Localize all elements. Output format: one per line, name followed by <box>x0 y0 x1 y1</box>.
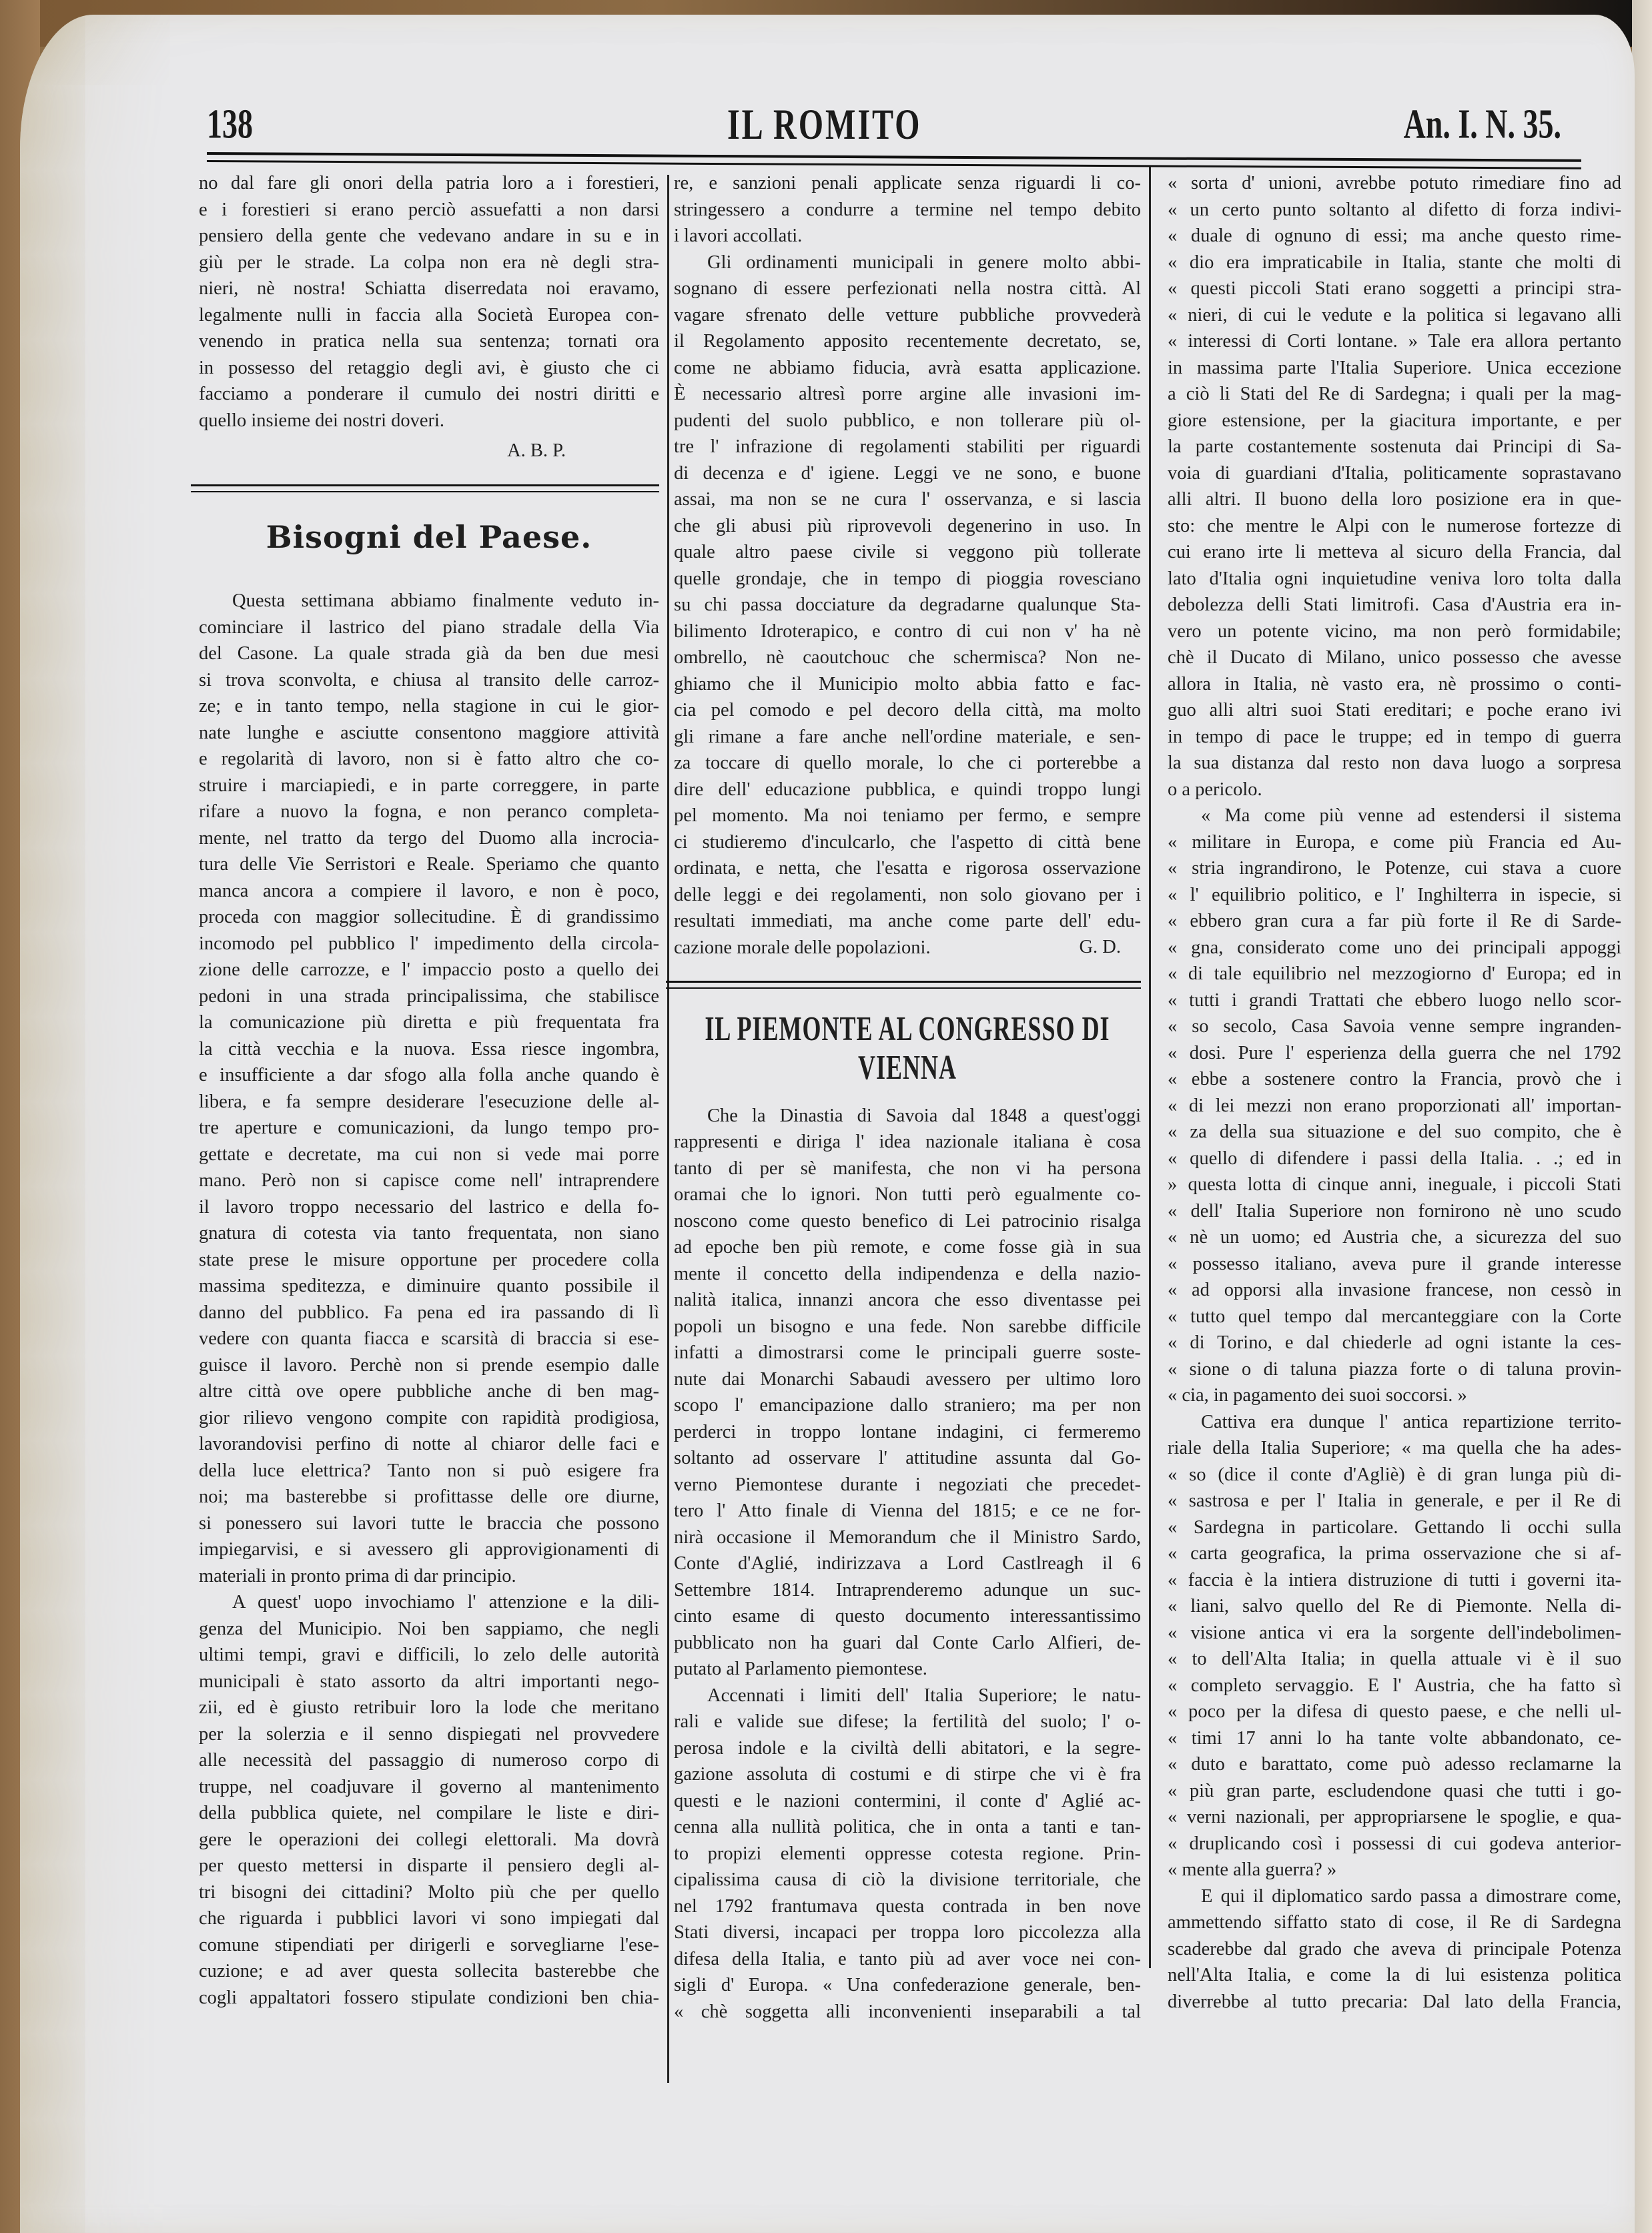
text-line: comune stipendiati per dirigerli e sorve… <box>199 1932 659 1959</box>
column-right: « sorta d' unioni, avrebbe potuto rimedi… <box>1168 170 1621 2015</box>
text-line: to propizi elementi oppresse cotesta reg… <box>674 1841 1141 1867</box>
text-line: state prese le misure opportune per proc… <box>199 1247 659 1274</box>
text-line: per questo mettersi in disparte il pensi… <box>199 1853 659 1879</box>
article-body-paragraph-2: A quest' uopo invochiamo l' attenzione e… <box>199 1589 659 2011</box>
text-line: ghiamo che il Municipio molto abbia fatt… <box>674 671 1141 698</box>
text-line: assai, ma non se ne cura l' osservanza, … <box>674 486 1141 513</box>
text-line: la comunicazione più diretta e più frequ… <box>199 1009 659 1036</box>
text-line: danno del pubblico. Fa pena ed ira passa… <box>199 1300 659 1326</box>
text-line: vagare sfrenato delle vetture pubbliche … <box>674 302 1141 329</box>
text-line: dire dell' educazione pubblica, e quindi… <box>674 777 1141 803</box>
text-line: Stati diversi, incapaci per troppa loro … <box>674 1919 1141 1946</box>
text-line: incomodo pel pubblico l' impedimento del… <box>199 931 659 957</box>
masthead-title: IL ROMITO <box>727 100 922 149</box>
text-line: quello insieme dei nostri doveri. <box>199 408 659 434</box>
text-line: resultati immediati, ma anche come parte… <box>674 908 1141 935</box>
text-line: Gli ordinamenti municipali in genere mol… <box>674 250 1141 276</box>
text-line: gazione assoluta di costumi e di stirpe … <box>674 1761 1141 1788</box>
text-line: tri bisogni dei cittadini? Molto più che… <box>199 1879 659 1906</box>
paragraph-4: E qui il diplomatico sardo passa a dimos… <box>1168 1883 1621 2016</box>
text-line: proceda con maggior sollecitudine. È di … <box>199 904 659 931</box>
text-line: ze; e in tanto tempo, nella stagione in … <box>199 693 659 720</box>
text-line: in possesso del retaggio degli avi, è gi… <box>199 355 659 382</box>
text-line: « ebbe a sostenere contro la Francia, pr… <box>1168 1066 1621 1093</box>
text-line: pubblicato non ha guari dal Conte Carlo … <box>674 1630 1141 1657</box>
text-line: « l' equilibrio politico, e l' Inghilter… <box>1168 882 1621 909</box>
text-line: voia di guardiani d'Italia, politicament… <box>1168 460 1621 487</box>
text-line: oramai che lo ignori. Non tutti però egu… <box>674 1182 1141 1208</box>
text-line: gli rimane a fare anche nell'ordine mate… <box>674 724 1141 751</box>
text-line: massima speditezza, e diminuire quanto p… <box>199 1273 659 1300</box>
text-line: scaderebbe dal grado che aveva di princi… <box>1168 1936 1621 1963</box>
text-line: legalmente nulli in faccia alla Società … <box>199 302 659 329</box>
text-line: diverrebbe al tutto precaria: Dal lato d… <box>1168 1989 1621 2016</box>
text-line: della pubblica quiete, nel compilare le … <box>199 1800 659 1827</box>
text-line: nieri, nè nostra! Schiatta diserredata n… <box>199 276 659 302</box>
text-line: mente il concetto della indipendenza e d… <box>674 1261 1141 1288</box>
text-line: « possesso italiano, aveva pure il grand… <box>1168 1251 1621 1278</box>
text-line: zii, ed è giusto retribuir loro la lode … <box>199 1695 659 1721</box>
text-line: del Casone. La quale strada già da ben d… <box>199 640 659 667</box>
column-divider-1 <box>667 175 669 2083</box>
text-line: guo alli altri suoi Stati ereditari; e p… <box>1168 697 1621 724</box>
text-line: tre aperture e comunicazioni, da lungo t… <box>199 1115 659 1142</box>
text-line: noi; ma basterebbe si profittasse delle … <box>199 1484 659 1510</box>
text-line: « ad opporsi alla invasione francese, no… <box>1168 1277 1621 1304</box>
next-page-edge <box>1632 0 1652 2233</box>
text-line: « sione o di taluna piazza forte o di ta… <box>1168 1356 1621 1383</box>
text-line: difesa della Italia, e tanto più ad aver… <box>674 1946 1141 1973</box>
text-line: mano. Però non si capisce come nell' int… <box>199 1168 659 1194</box>
text-line: « dosi. Pure l' esperienza della guerra … <box>1168 1040 1621 1067</box>
text-line: cinto esame di questo documento interess… <box>674 1603 1141 1630</box>
text-line: gior rilievo vengono compite con rapidit… <box>199 1405 659 1432</box>
text-line: in massima parte l'Italia Superiore. Uni… <box>1168 355 1621 382</box>
text-line: no dal fare gli onori della patria loro … <box>199 170 659 197</box>
continued-article-paragraph-2: Gli ordinamenti municipali in genere mol… <box>674 250 1141 961</box>
text-line: Settembre 1814. Intraprenderemo adunque … <box>674 1577 1141 1604</box>
text-line: « nieri, di cui le vedute e la politica … <box>1168 302 1621 329</box>
text-line: debolezza delli Stati limitrofi. Casa d'… <box>1168 592 1621 618</box>
text-line: « carta geografica, la prima osservazion… <box>1168 1540 1621 1567</box>
text-line: « timi 17 anni lo ha tante volte abbando… <box>1168 1725 1621 1752</box>
text-line: putato al Parlamento piemontese. <box>674 1656 1141 1683</box>
text-line: i lavori accollati. <box>674 223 1141 250</box>
text-line: « liani, salvo quello del Re di Piemonte… <box>1168 1593 1621 1620</box>
text-line: bilimento Idroterapico, e contro di cui … <box>674 618 1141 645</box>
text-line: manca ancora a compiere il lavoro, e non… <box>199 878 659 905</box>
text-line: che riguarda i pubblici lavori vi sono i… <box>199 1905 659 1932</box>
text-line: verno Piemontese durante i negoziati che… <box>674 1472 1141 1498</box>
text-line: ombrello, nè caoutchouc che schermisca? … <box>674 644 1141 671</box>
text-line: sto: che mentre le Alpi con le numerose … <box>1168 513 1621 540</box>
text-line: su chi passa docciature da degradarne qu… <box>674 592 1141 618</box>
text-line: « tutti i grandi Trattati che ebbero luo… <box>1168 987 1621 1014</box>
text-line: cuzione; e ad aver questa sollecita bast… <box>199 1958 659 1985</box>
text-line: e regolarità di lavoro, non si è fatto a… <box>199 746 659 773</box>
text-line: ordinata, e netta, che l'esatta e rigoro… <box>674 855 1141 882</box>
text-line: facciamo a ponderare il cumulo dei nostr… <box>199 381 659 408</box>
text-line: gere le operazioni dei collegi elettoral… <box>199 1827 659 1853</box>
text-line: quelle grondaje, che in tempo di pioggia… <box>674 566 1141 592</box>
text-line: scopo l' emancipazione dallo straniero; … <box>674 1392 1141 1419</box>
text-line: « sastrosa e per l' Italia in generale, … <box>1168 1488 1621 1514</box>
text-line: si ponessero sui lavori tutte le braccia… <box>199 1510 659 1537</box>
article-body: Che la Dinastia di Savoia dal 1848 a que… <box>674 1103 1141 1683</box>
text-line: za toccare di quello morale, lo che ci p… <box>674 750 1141 777</box>
text-line: vedere con quanta fiacca e scarsità di b… <box>199 1326 659 1352</box>
article-title: Bisogni del Paese. <box>199 524 659 551</box>
text-line: « gna, considerato come uno dei principa… <box>1168 935 1621 961</box>
text-line: soltanto ad osservare l' attitudine assu… <box>674 1445 1141 1472</box>
text-line: « poco per la difesa di questo paese, e … <box>1168 1699 1621 1725</box>
section-divider <box>666 981 1141 989</box>
text-line: alli altri. Il buono della loro posizion… <box>1168 486 1621 513</box>
text-line: o a pericolo. <box>1168 777 1621 803</box>
text-line: Che la Dinastia di Savoia dal 1848 a que… <box>674 1103 1141 1130</box>
text-line: chè il Ducato di Milano, unico possesso … <box>1168 644 1621 671</box>
text-line: gettate e decretate, ma cui non si vede … <box>199 1142 659 1168</box>
text-line: A quest' uopo invochiamo l' attenzione e… <box>199 1589 659 1616</box>
quoted-paragraph: « sorta d' unioni, avrebbe potuto rimedi… <box>1168 170 1621 803</box>
continued-article: no dal fare gli onori della patria loro … <box>199 170 659 434</box>
text-line: libera, e fa sempre desiderare l'esecuzi… <box>199 1089 659 1115</box>
text-line: giore estensione, per la giacitura impor… <box>1168 408 1621 434</box>
text-line: nell'Alta Italia, e come la di lui esist… <box>1168 1962 1621 1989</box>
text-line: guisce il lavoro. Perchè non si prende e… <box>199 1352 659 1379</box>
text-line: nalità italica, innanzi ancora che esso … <box>674 1287 1141 1314</box>
article-signature: A. B. P. <box>199 438 659 464</box>
article-title: IL PIEMONTE AL CONGRESSO DI VIENNA <box>674 1010 1141 1087</box>
text-line: pel momento. Ma noi teniamo per fermo, e… <box>674 803 1141 829</box>
column-divider-2 <box>1149 167 1151 1968</box>
text-line: noscono come questo benefico di Lei patr… <box>674 1208 1141 1235</box>
text-line: « chè soggetta alli inconvenienti insepa… <box>674 1999 1141 2026</box>
column-left: no dal fare gli onori della patria loro … <box>199 170 659 2011</box>
text-line: che gli abusi più riprovevoli degenerino… <box>674 513 1141 540</box>
text-line: « za della sua situazione e del suo comp… <box>1168 1119 1621 1146</box>
text-line: rifare a nuovo la fogna, e non peranco c… <box>199 799 659 825</box>
text-line: « faccia è la intiera distruzione di tut… <box>1168 1567 1621 1594</box>
text-line: alle necessità del passaggio di numeroso… <box>199 1747 659 1774</box>
article-body-paragraph-2: Accennati i limiti dell' Italia Superior… <box>674 1683 1141 2026</box>
text-line: cia pel comodo e pel decoro della città,… <box>674 697 1141 724</box>
text-line: « quello di difendere i passi della Ital… <box>1168 1146 1621 1172</box>
text-line: « dell' Italia Superiore non fornirono n… <box>1168 1198 1621 1225</box>
text-line: « dio era impraticabile in Italia, stant… <box>1168 250 1621 276</box>
text-line: lato d'Italia ogni inquietudine veniva l… <box>1168 566 1621 592</box>
text-line: struire i marciapiedi, e in parte correg… <box>199 773 659 799</box>
text-line: « militare in Europa, e come più Francia… <box>1168 829 1621 856</box>
text-line: Cattiva era dunque l' antica repartizion… <box>1168 1409 1621 1436</box>
text-line: infatti a dimostrarsi come le principali… <box>674 1340 1141 1366</box>
text-line: popoli un bisogno e una fede. Non sarebb… <box>674 1314 1141 1340</box>
text-line: pedoni in una strada principalissima, ch… <box>199 983 659 1010</box>
text-line: tura delle Vie Serristori e Reale. Speri… <box>199 851 659 878</box>
text-line: il Regolamento apposito recentemente dec… <box>674 328 1141 355</box>
text-line: riale della Italia Superiore; « ma quell… <box>1168 1435 1621 1462</box>
text-line: stringessero a condurre a termine nel te… <box>674 197 1141 224</box>
text-line: perderci in troppo lontane indagini, ci … <box>674 1419 1141 1446</box>
text-line: « questi piccoli Stati erano soggetti a … <box>1168 276 1621 302</box>
text-line: » questa lotta di cinque anni, ineguale,… <box>1168 1172 1621 1198</box>
text-line: ultimi tempi, gravi e difficili, lo zelo… <box>199 1642 659 1669</box>
text-line: vero un potente vicino, ma non però form… <box>1168 618 1621 645</box>
paragraph-3: Cattiva era dunque l' antica repartizion… <box>1168 1409 1621 1883</box>
text-line: re, e sanzioni penali applicate senza ri… <box>674 170 1141 197</box>
text-line: È necessario altresì porre argine alle i… <box>674 381 1141 408</box>
text-line: tanto di per sè manifesta, che non vi ha… <box>674 1156 1141 1182</box>
text-line: Questa settimana abbiamo finalmente vedu… <box>199 588 659 614</box>
text-line: venendo in pratica nella sua sentenza; t… <box>199 328 659 355</box>
text-line: di decenza e d' igiene. Leggi ve ne sono… <box>674 460 1141 487</box>
text-line: nel 1792 frantumava questa contrada in b… <box>674 1893 1141 1920</box>
text-line: allora in Italia, nè vasto era, nè pross… <box>1168 671 1621 698</box>
text-line: e i forestieri si erano perciò assuefatt… <box>199 197 659 224</box>
text-line: in tempo di pace le truppe; ed in tempo … <box>1168 724 1621 751</box>
text-line: « nè un uomo; ed Austria che, a sicurezz… <box>1168 1224 1621 1251</box>
section-divider <box>191 484 659 492</box>
text-line: truppe, nel coadjuvare il governo al man… <box>199 1774 659 1801</box>
text-line: cipalissima causa di ciò la divisione te… <box>674 1867 1141 1893</box>
text-line: « visione antica vi era la sorgente dell… <box>1168 1620 1621 1647</box>
text-line: « verni nazionali, per appropriarsene le… <box>1168 1804 1621 1831</box>
text-line: sognano di essere perfezionati nella nos… <box>674 276 1141 302</box>
article-body: Questa settimana abbiamo finalmente vedu… <box>199 588 659 1589</box>
text-line: nirà occasione il Memorandum che il Mini… <box>674 1524 1141 1551</box>
text-line: « un certo punto soltanto al difetto di … <box>1168 197 1621 224</box>
text-line: cenna alla nullità politica, che in onta… <box>674 1814 1141 1841</box>
text-line: questi e le nazioni contermini, il conte… <box>674 1788 1141 1815</box>
continued-article: re, e sanzioni penali applicate senza ri… <box>674 170 1141 250</box>
text-line: cogli appaltatori fossero stipulate cond… <box>199 1985 659 2012</box>
text-line: materiali in pronto prima di dar princip… <box>199 1563 659 1590</box>
text-line: la parte costantemente sostenuta dai Pri… <box>1168 434 1621 460</box>
text-line: tero l' Atto finale di Vienna del 1815; … <box>674 1498 1141 1524</box>
text-line: ad epoche ben più remote, e come fosse g… <box>674 1234 1141 1261</box>
text-line: altre città ove opere pubbliche anche di… <box>199 1378 659 1405</box>
text-line: Accennati i limiti dell' Italia Superior… <box>674 1683 1141 1709</box>
text-line: « tutto quel tempo dal mercanteggiare co… <box>1168 1304 1621 1330</box>
page-header: 138 IL ROMITO An. I. N. 35. <box>207 100 1561 147</box>
text-line: ammettendo siffatto stato di cose, il Re… <box>1168 1909 1621 1936</box>
text-line: « cia, in pagamento dei suoi soccorsi. » <box>1168 1382 1621 1409</box>
text-line: « so secolo, Casa Savoia venne sempre in… <box>1168 1013 1621 1040</box>
text-line: « sorta d' unioni, avrebbe potuto rimedi… <box>1168 170 1621 197</box>
text-line: « Ma come più venne ad estendersi il sis… <box>1168 803 1621 829</box>
text-line: pensiero della gente che vedevano andare… <box>199 223 659 250</box>
text-line: « Sardegna in particolare. Gettando li o… <box>1168 1514 1621 1541</box>
text-line: la città vecchia e la nuova. Essa riesce… <box>199 1036 659 1063</box>
text-line: impiegarvisi, e si avessero gli approvig… <box>199 1536 659 1563</box>
issue-number: An. I. N. 35. <box>1404 100 1561 148</box>
text-line: delle leggi e dei regolamenti, non solo … <box>674 882 1141 909</box>
text-line: nate lunghe e asciutte consentono maggio… <box>199 720 659 747</box>
text-line: rappresenti e diriga l' idea nazionale i… <box>674 1129 1141 1156</box>
text-line: « so (dice il conte d'Agliè) è di gran l… <box>1168 1462 1621 1488</box>
text-line: e insufficiente a dar sfogo alla folla a… <box>199 1062 659 1089</box>
text-line: pudenti del suolo pubblico, e non toller… <box>674 408 1141 434</box>
text-line: « druplicando così i possessi di cui god… <box>1168 1831 1621 1857</box>
text-line: « to dell'Alta Italia; in quella attuale… <box>1168 1646 1621 1673</box>
text-line: nute dai Monarchi Sabaudi avessero per u… <box>674 1366 1141 1393</box>
text-line: come ne abbiamo fiducia, avrà esatta app… <box>674 355 1141 382</box>
text-line: genza del Municipio. Noi ben sappiamo, c… <box>199 1616 659 1643</box>
text-line: « di Torino, e dal chiederle ad ogni ist… <box>1168 1330 1621 1356</box>
text-line: cominciare il lastrico del piano stradal… <box>199 614 659 641</box>
text-line: lavorandovisi perfino di notte al chiaro… <box>199 1431 659 1458</box>
text-line: « stria ingrandirono, le Potenze, cui st… <box>1168 855 1621 882</box>
text-line: mente, nel tratto da tergo del Duomo all… <box>199 825 659 852</box>
text-line: quale altro paese civile si veggono più … <box>674 539 1141 566</box>
text-line: rali e valide sue difese; la fertilità d… <box>674 1709 1141 1735</box>
text-line: il lavoro troppo necessario del lastrico… <box>199 1194 659 1221</box>
text-line: zione delle carrozze, e l' impaccio post… <box>199 957 659 983</box>
text-line: a ciò li Stati del Re di Sardegna; i qua… <box>1168 381 1621 408</box>
text-line: per la solerzia e il senno dispiegati ne… <box>199 1721 659 1748</box>
text-line: « di lei mezzi non erano proporzionati a… <box>1168 1093 1621 1120</box>
text-line: Conte d'Aglié, indirizzava a Lord Castlr… <box>674 1550 1141 1577</box>
text-line: « completo servaggio. E l' Austria, che … <box>1168 1673 1621 1699</box>
text-line: gnatura di cotesta via tanto frequentata… <box>199 1220 659 1247</box>
quoted-paragraph-2: « Ma come più venne ad estendersi il sis… <box>1168 803 1621 1409</box>
text-line: E qui il diplomatico sardo passa a dimos… <box>1168 1883 1621 1910</box>
column-middle: re, e sanzioni penali applicate senza ri… <box>674 170 1141 2025</box>
text-line: « ebbero gran cura a far più forte il Re… <box>1168 908 1621 935</box>
text-line: « duale di ognuno di essi; ma anche ques… <box>1168 223 1621 250</box>
text-line: la sua distanza dal resto non dava luogo… <box>1168 750 1621 777</box>
text-line: « duto e barattato, come può adesso recl… <box>1168 1751 1621 1778</box>
text-line: perosa indole e la civiltà delli abitato… <box>674 1735 1141 1762</box>
text-line: « mente alla guerra? » <box>1168 1857 1621 1883</box>
text-line: della luce elettrica? Tanto non si può e… <box>199 1458 659 1484</box>
text-line: sigli d' Europa. « Una confederazione ge… <box>674 1972 1141 1999</box>
text-line: si trova sconvolta, e chiusa al transito… <box>199 667 659 694</box>
text-line: « di tale equilibrio nel mezzogiorno d' … <box>1168 961 1621 987</box>
text-line: cui erano irte li metteva al sicuro dell… <box>1168 539 1621 566</box>
text-line: ci studieremo d'inculcarlo, che l'aspett… <box>674 829 1141 856</box>
text-line: municipali è stato assorto da altri impo… <box>199 1669 659 1695</box>
text-line: tre l' infrazione di regolamenti stabili… <box>674 434 1141 460</box>
text-line: « più gran parte, escludendone quasi che… <box>1168 1778 1621 1805</box>
text-line: « interessi di Corti lontane. » Tale era… <box>1168 328 1621 355</box>
page-number: 138 <box>207 100 253 148</box>
text-line: giù per le strade. La colpa non era nè d… <box>199 250 659 276</box>
